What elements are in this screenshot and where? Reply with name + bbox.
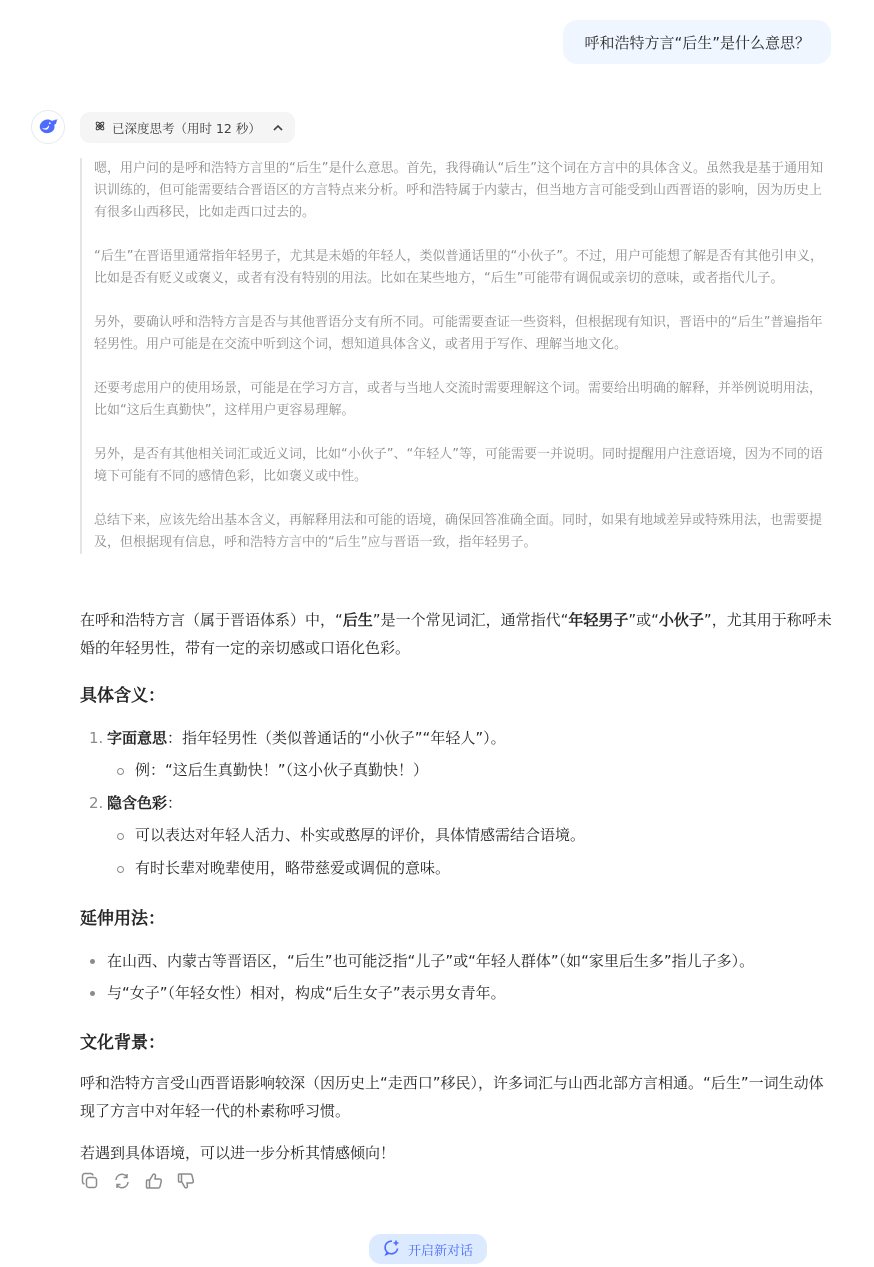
section-heading-meaning: 具体含义：: [80, 682, 832, 710]
message-actions: [80, 1172, 196, 1194]
thumbs-down-button[interactable]: [176, 1172, 196, 1194]
list-item: 例：“这后生真勤快！”（这小伙子真勤快！）: [80, 754, 832, 787]
thinking-paragraph: 总结下来，应该先给出基本含义，再解释用法和可能的语境，确保回答准确全面。同时，如…: [94, 510, 832, 554]
extended-usage-list: 在山西、内蒙古等晋语区，“后生”也可能泛指“儿子”或“年轻人群体”（如“家里后生…: [80, 945, 832, 1009]
thumbs-up-button[interactable]: [144, 1172, 164, 1194]
chevron-up-icon: [273, 124, 283, 131]
copy-icon: [81, 1172, 99, 1194]
deep-think-label: 已深度思考（用时 12 秒）: [112, 119, 261, 137]
culture-text: 呼和浩特方言受山西晋语影响较深（因历史上“走西口”移民），许多词汇与山西北部方言…: [80, 1069, 832, 1125]
new-chat-button[interactable]: 开启新对话: [369, 1234, 487, 1264]
answer-intro: 在呼和浩特方言（属于晋语体系）中，“后生”是一个常见词汇，通常指代“年轻男子”或…: [80, 606, 832, 662]
thinking-paragraph: 另外，是否有其他相关词汇或近义词，比如“小伙子”、“年轻人”等，可能需要一并说明…: [94, 444, 832, 488]
deep-think-toggle[interactable]: 已深度思考（用时 12 秒）: [80, 112, 295, 143]
section-heading-culture: 文化背景：: [80, 1029, 832, 1057]
list-item: 与“女子”（年轻女性）相对，构成“后生女子”表示男女青年。: [80, 977, 832, 1009]
closing-text: 若遇到具体语境，可以进一步分析其情感倾向！: [80, 1139, 832, 1167]
list-item: 在山西、内蒙古等晋语区，“后生”也可能泛指“儿子”或“年轻人群体”（如“家里后生…: [80, 945, 832, 977]
section-heading-extended: 延伸用法：: [80, 905, 832, 933]
list-item: 可以表达对年轻人活力、朴实或憨厚的评价，具体情感需结合语境。: [80, 819, 832, 852]
list-item: 2.隐含色彩：: [80, 787, 832, 819]
assistant-answer: 在呼和浩特方言（属于晋语体系）中，“后生”是一个常见词汇，通常指代“年轻男子”或…: [80, 606, 832, 1181]
copy-button[interactable]: [80, 1172, 100, 1194]
thumbs-up-icon: [145, 1172, 163, 1194]
new-chat-label: 开启新对话: [408, 1240, 473, 1259]
assistant-avatar: [31, 110, 65, 144]
atom-icon: [94, 120, 106, 135]
new-chat-icon: [383, 1239, 400, 1260]
thinking-content: 嗯，用户问的是呼和浩特方言里的“后生”是什么意思。首先，我得确认“后生”这个词在…: [80, 158, 832, 554]
thumbs-down-icon: [177, 1172, 195, 1194]
regenerate-button[interactable]: [112, 1172, 132, 1194]
list-item: 1.字面意思：指年轻男性（类似普通话的“小伙子”“年轻人”）。: [80, 722, 832, 754]
thinking-paragraph: 还要考虑用户的使用场景，可能是在学习方言，或者与当地人交流时需要理解这个词。需要…: [94, 378, 832, 422]
user-message-bubble: 呼和浩特方言“后生”是什么意思？: [563, 20, 831, 64]
deepseek-whale-icon: [37, 116, 59, 138]
thinking-paragraph: 嗯，用户问的是呼和浩特方言里的“后生”是什么意思。首先，我得确认“后生”这个词在…: [94, 158, 832, 224]
thinking-paragraph: 另外，要确认呼和浩特方言是否与其他晋语分支有所不同。可能需要查证一些资料，但根据…: [94, 312, 832, 356]
thinking-paragraph: “后生”在晋语里通常指年轻男子，尤其是未婚的年轻人，类似普通话里的“小伙子”。不…: [94, 246, 832, 290]
meaning-list: 1.字面意思：指年轻男性（类似普通话的“小伙子”“年轻人”）。 例：“这后生真勤…: [80, 722, 832, 885]
list-item: 有时长辈对晚辈使用，略带慈爱或调侃的意味。: [80, 852, 832, 885]
user-message-text: 呼和浩特方言“后生”是什么意思？: [584, 32, 810, 53]
regenerate-icon: [113, 1172, 131, 1194]
